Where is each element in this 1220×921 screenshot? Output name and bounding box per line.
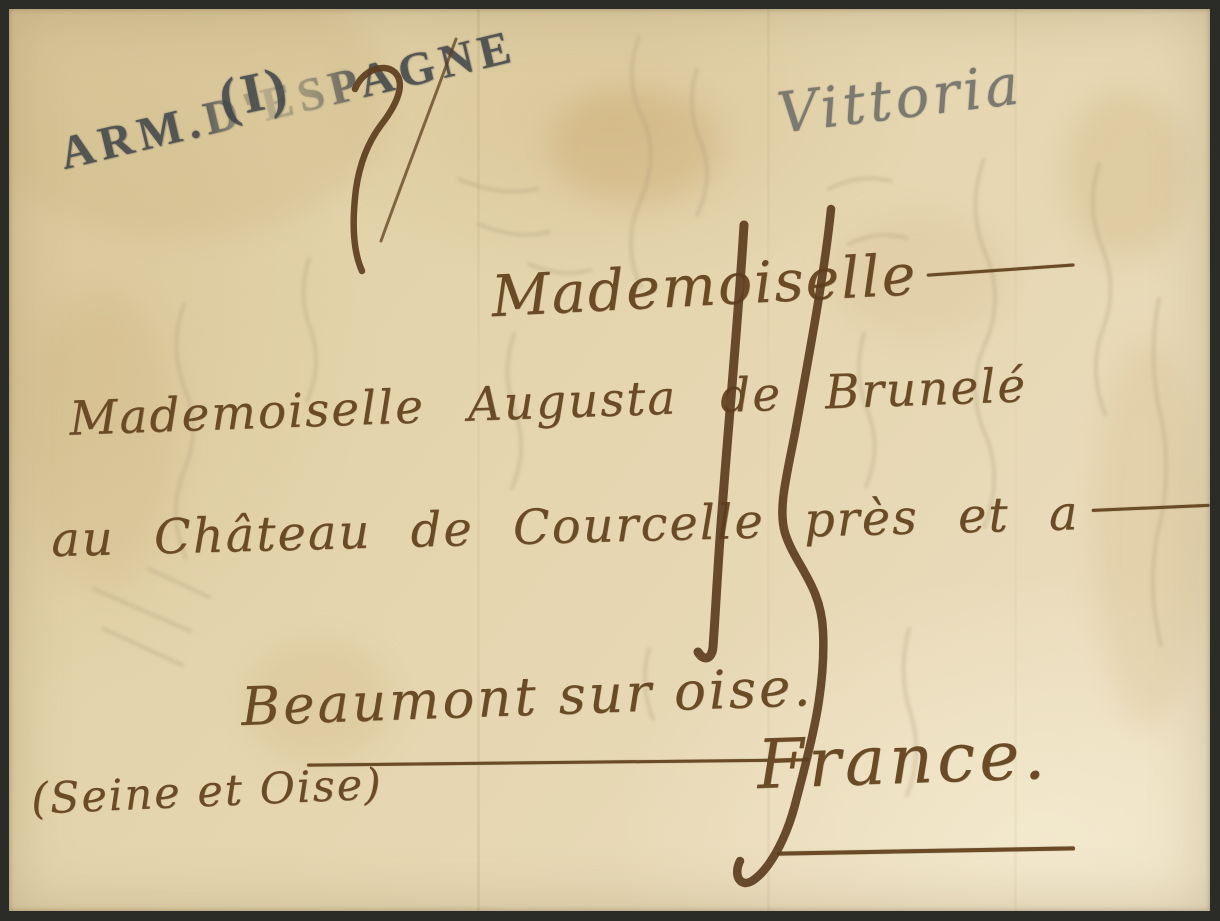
fold-crease [477,9,480,911]
address-line-4-text: Beaumont sur oise. [240,657,814,738]
address-line-6-text: France. [756,716,1051,805]
scan-frame: (I) ARM.D'ESPAGNE Vittoria Mademoiselle … [0,0,1220,921]
address-line-3-text: au Château de Courcelle près et a [50,485,1080,568]
address-line-country: France. [756,716,1051,805]
address-line-department: (Seine et Oise) [30,759,384,824]
paper-stain [549,89,719,204]
address-line-chateau: au Château de Courcelle près et a [50,482,1210,568]
address-line-recipient: Mademoiselle Augusta de Brunelé [68,358,1028,446]
letter-paper: (I) ARM.D'ESPAGNE Vittoria Mademoiselle … [9,9,1210,911]
army-of-spain-postmark: ARM.D'ESPAGNE [54,19,521,181]
town-underline [307,758,809,766]
pen-flourish-dash [927,263,1075,276]
address-line-salutation: Mademoiselle [490,234,1077,330]
pencil-origin-note: Vittoria [774,52,1026,147]
paper-stain [1064,89,1189,259]
address-line-town: Beaumont sur oise. [240,657,814,738]
country-underline [777,846,1075,855]
address-line-1-text: Mademoiselle [490,242,919,330]
address-line-2-text: Mademoiselle Augusta de Brunelé [68,358,1028,446]
address-line-5-text: (Seine et Oise) [30,759,384,824]
pen-flourish-dash [1091,504,1209,512]
